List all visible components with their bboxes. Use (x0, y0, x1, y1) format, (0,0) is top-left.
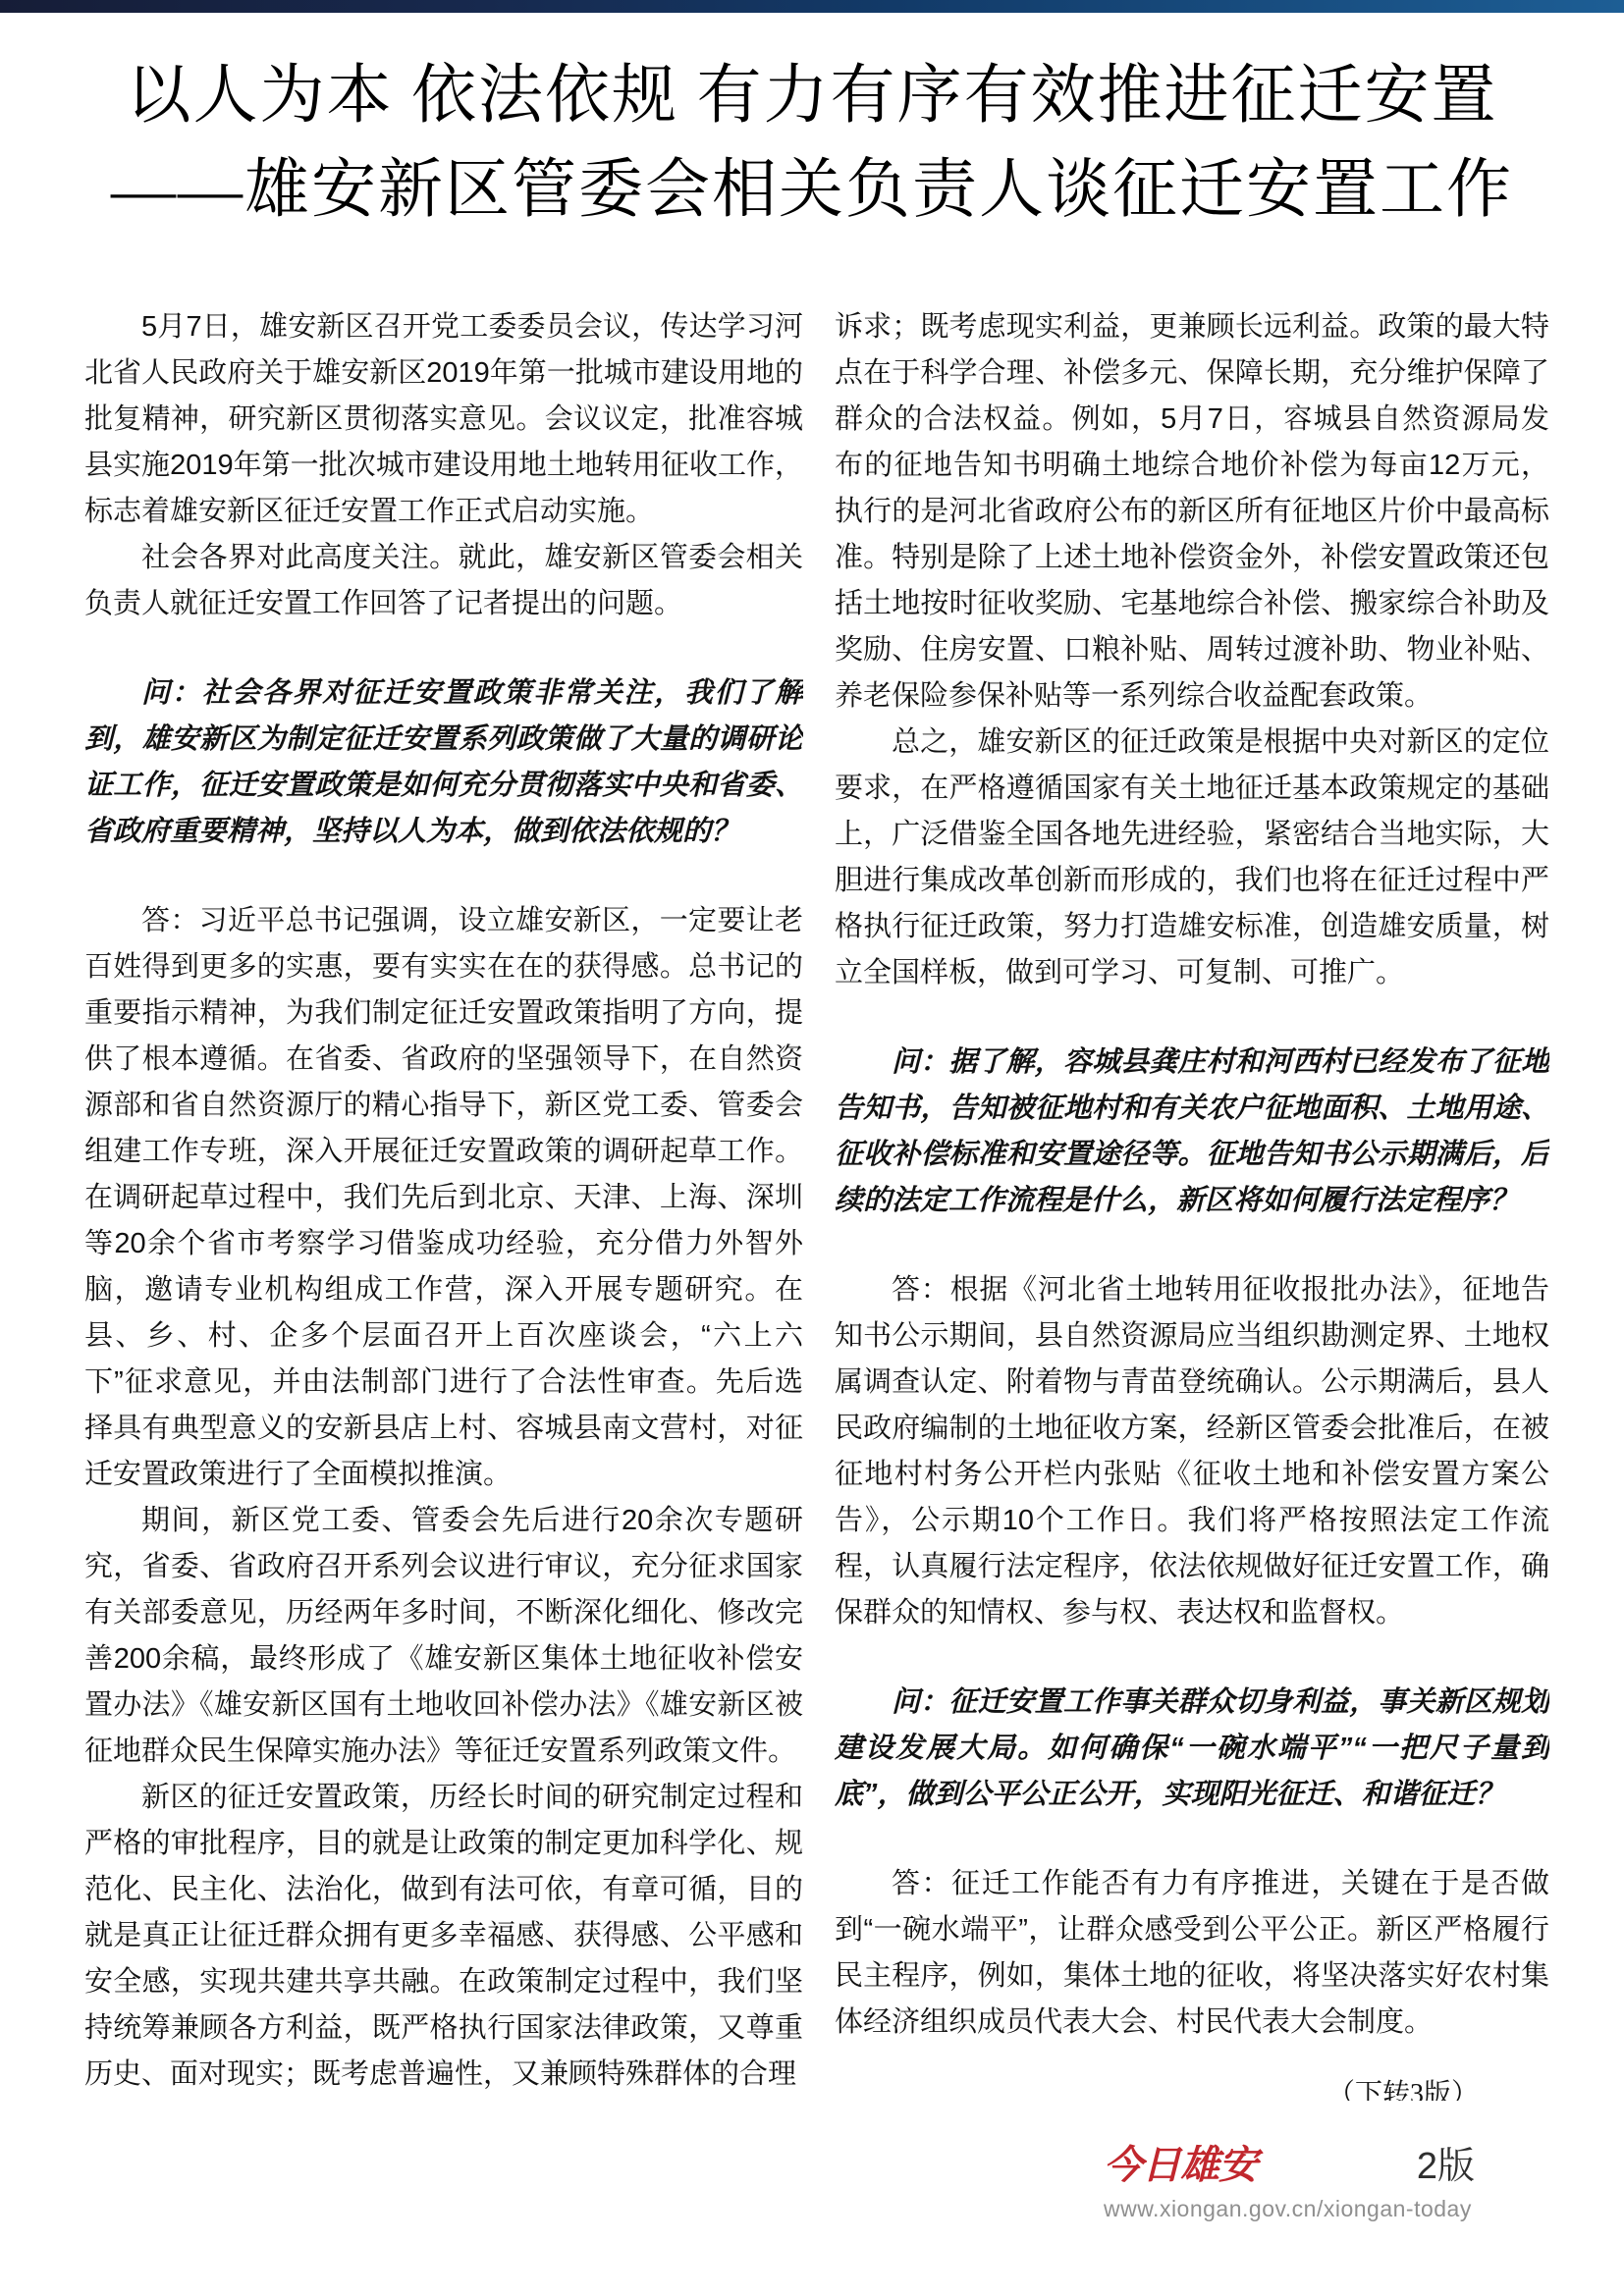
continuation-note: （下转3版） (835, 2071, 1549, 2101)
page-footer: 今日雄安 2版 www.xiongan.gov.cn/xiongan-today (1104, 2134, 1475, 2222)
article-paragraph: 总之，雄安新区的征迁政策是根据中央对新区的定位要求，在严格遵循国家有关土地征迁基… (835, 720, 1549, 996)
article-paragraph: 新区的征迁安置政策，历经长时间的研究制定过程和严格的审批程序，目的就是让政策的制… (84, 1775, 803, 2098)
article-paragraph: 5月7日，雄安新区召开党工委委员会议，传达学习河北省人民政府关于雄安新区2019… (84, 304, 803, 535)
interview-question: 问：据了解，容城县龚庄村和河西村已经发布了征地告知书，告知被征地村和有关农户征地… (835, 1040, 1549, 1224)
article-paragraph: 答：征迁工作能否有力有序推进，关键在于是否做到“一碗水端平”，让群众感受到公平公… (835, 1861, 1549, 2046)
headline-line-1: 以人为本 依法依规 有力有序有效推进征迁安置 (0, 49, 1624, 143)
masthead-gradient-bar (0, 0, 1624, 13)
interview-question: 问：征迁安置工作事关群众切身利益，事关新区规划建设发展大局。如何确保“一碗水端平… (835, 1680, 1549, 1818)
footer-row: 今日雄安 2版 (1104, 2134, 1475, 2190)
article-left-column: 5月7日，雄安新区召开党工委委员会议，传达学习河北省人民政府关于雄安新区2019… (84, 304, 803, 2101)
headline-line-2: ——雄安新区管委会相关负责人谈征迁安置工作 (0, 143, 1624, 238)
article-paragraph: 社会各界对此高度关注。就此，雄安新区管委会相关负责人就征迁安置工作回答了记者提出… (84, 535, 803, 627)
article-headline: 以人为本 依法依规 有力有序有效推进征迁安置 ——雄安新区管委会相关负责人谈征迁… (0, 49, 1624, 238)
article-paragraph: 答：习近平总书记强调，设立雄安新区，一定要让老百姓得到更多的实惠，要有实实在在的… (84, 898, 803, 1498)
article-paragraph: 答：根据《河北省土地转用征收报批办法》，征地告知书公示期间，县自然资源局应当组织… (835, 1267, 1549, 1636)
page-number: 2版 (1417, 2135, 1475, 2189)
newspaper-url: www.xiongan.gov.cn/xiongan-today (1104, 2196, 1475, 2222)
interview-question: 问：社会各界对征迁安置政策非常关注，我们了解到，雄安新区为制定征迁安置系列政策做… (84, 670, 803, 855)
article-paragraph: 诉求；既考虑现实利益，更兼顾长远利益。政策的最大特点在于科学合理、补偿多元、保障… (835, 304, 1549, 720)
newspaper-logo: 今日雄安 (1104, 2134, 1257, 2190)
article-paragraph: 期间，新区党工委、管委会先后进行20余次专题研究，省委、省政府召开系列会议进行审… (84, 1498, 803, 1775)
article-right-column: 诉求；既考虑现实利益，更兼顾长远利益。政策的最大特点在于科学合理、补偿多元、保障… (835, 304, 1549, 2101)
